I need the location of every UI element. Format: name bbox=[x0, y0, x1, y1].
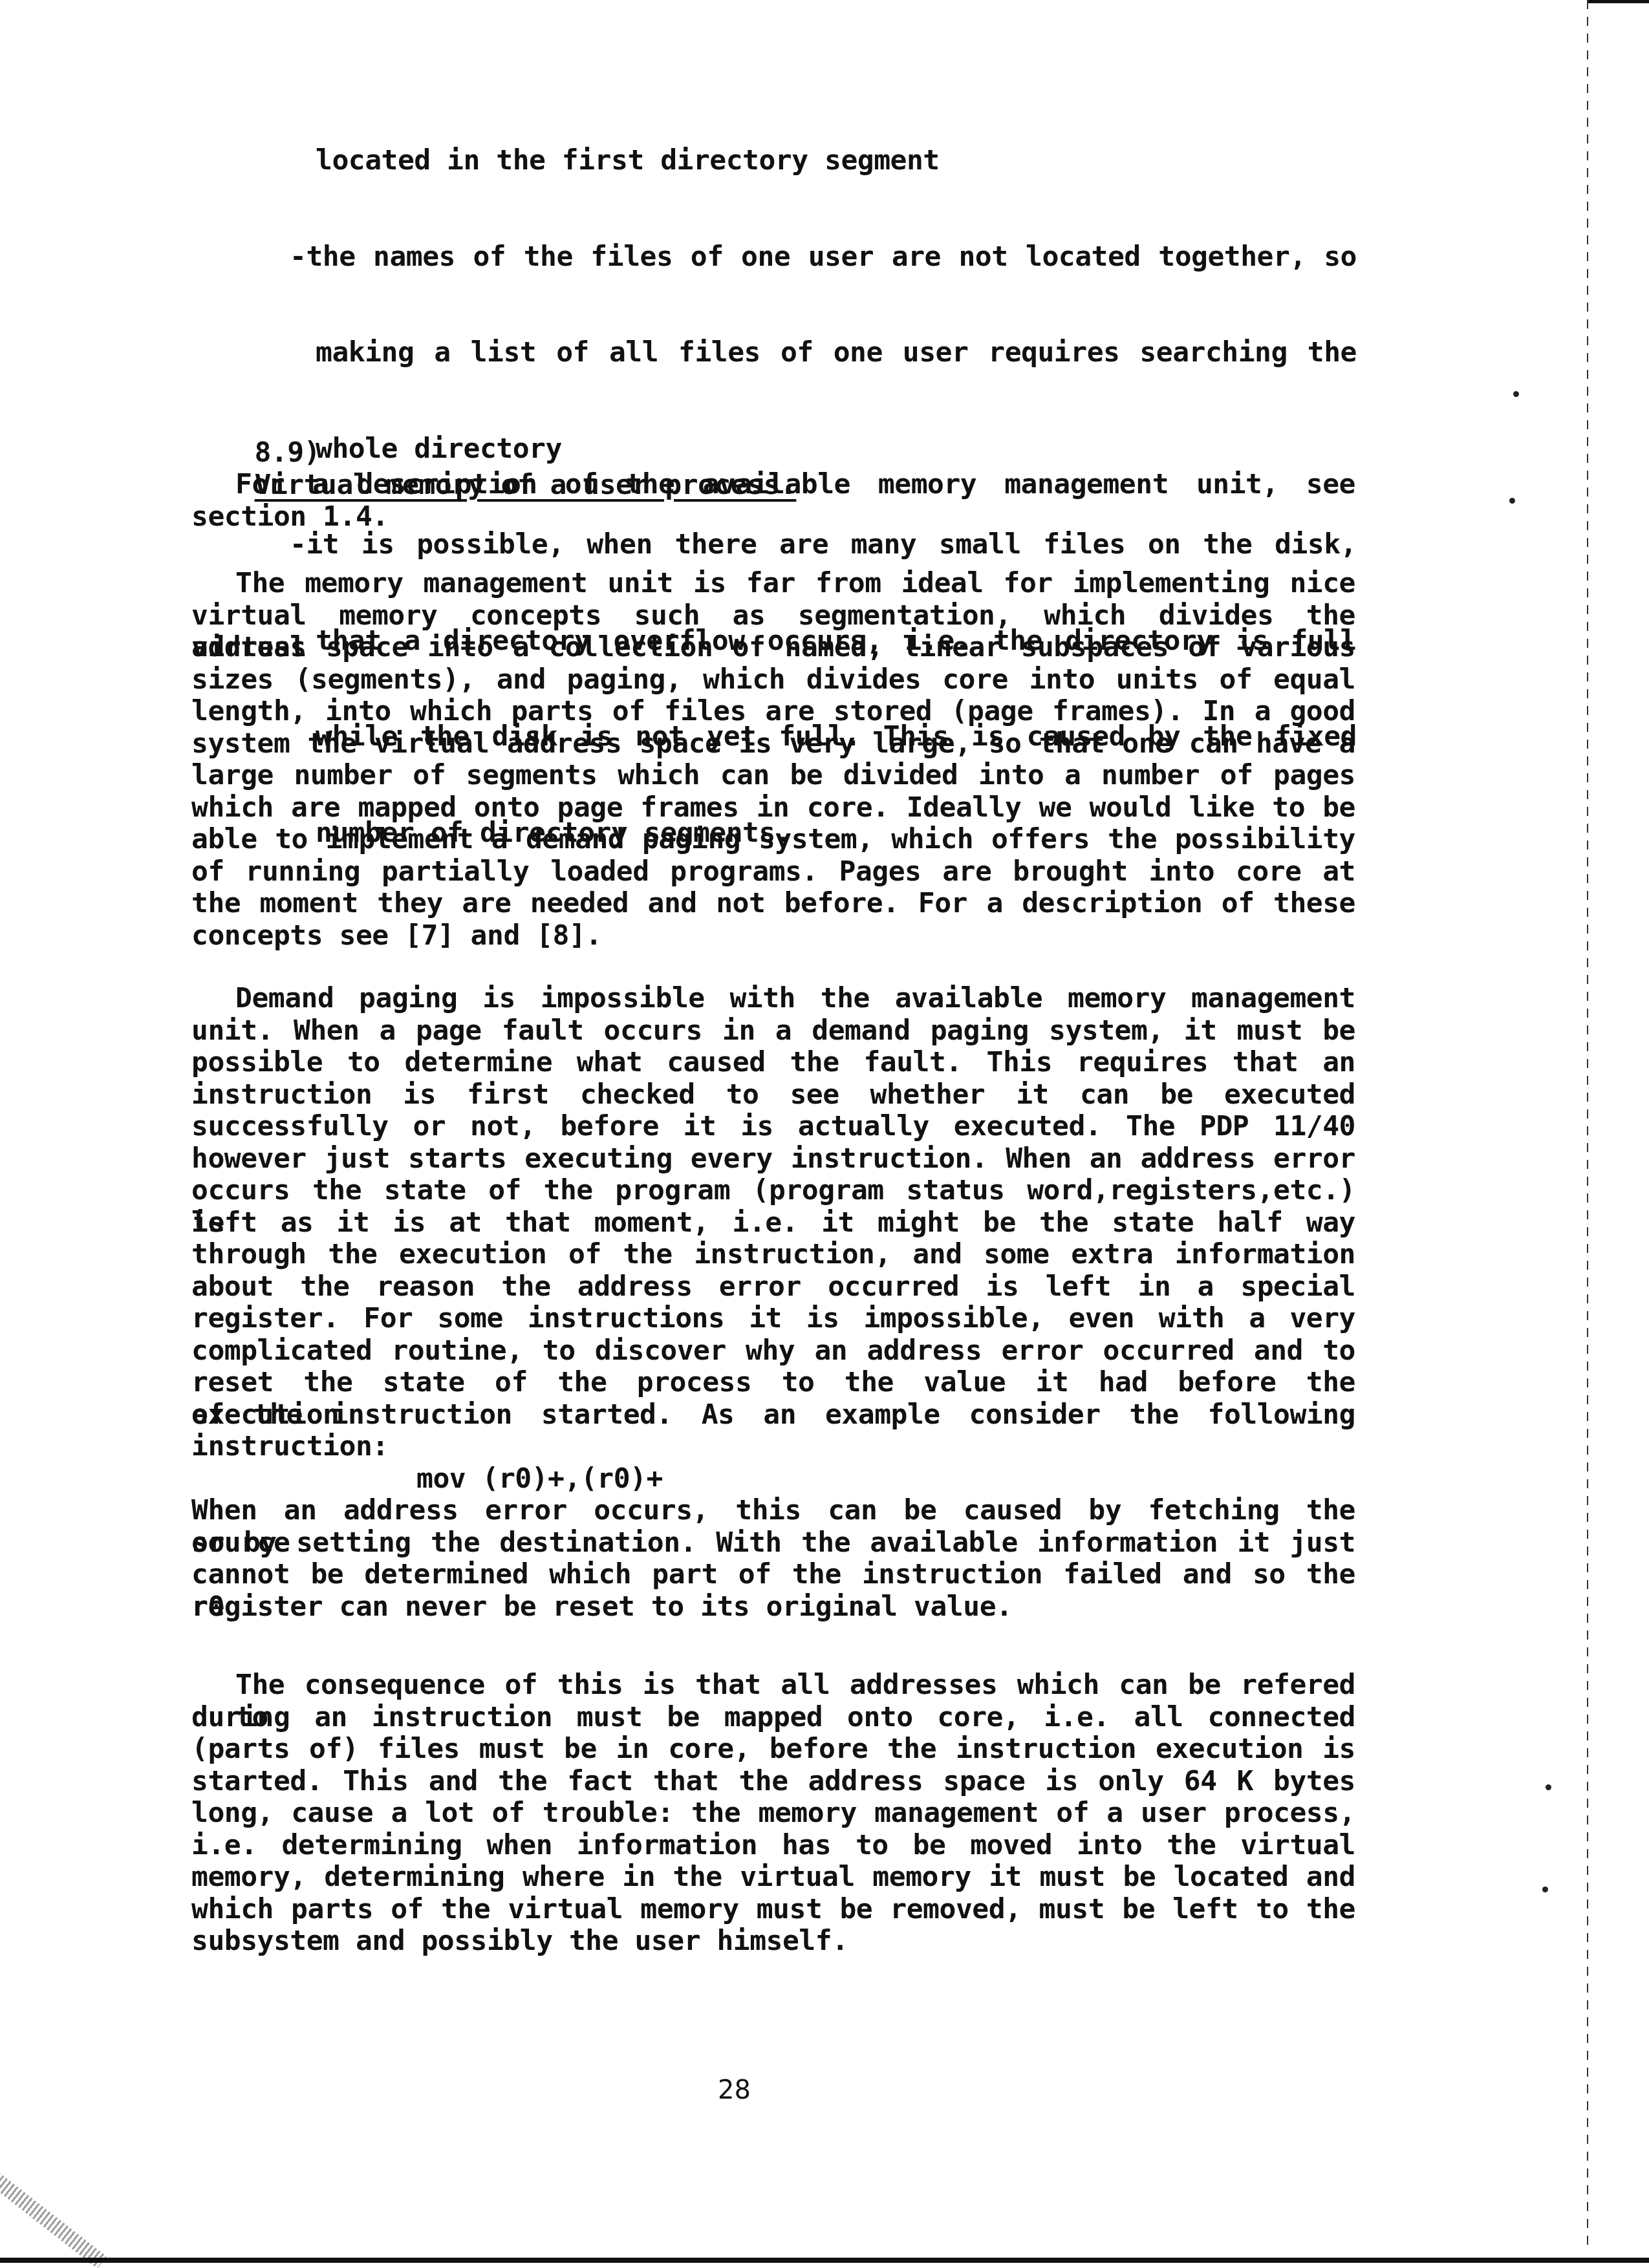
paragraph-line: For a description of the available memor… bbox=[191, 469, 1355, 501]
list-line: located in the first directory segment bbox=[290, 145, 1357, 177]
paragraph-line: left as it is at that moment, i.e. it mi… bbox=[191, 1207, 1355, 1239]
page-number: 28 bbox=[718, 2075, 751, 2105]
paragraph-line: length, into which parts of files are st… bbox=[191, 696, 1355, 728]
paragraph-line: able to implement a demand paging system… bbox=[191, 824, 1355, 856]
paragraph-line: occurs the state of the program (program… bbox=[191, 1175, 1355, 1207]
scanned-page: located in the first directory segment -… bbox=[0, 0, 1649, 2268]
paragraph-line: i.e. determining when information has to… bbox=[191, 1830, 1355, 1862]
paragraph-line: The memory management unit is far from i… bbox=[191, 568, 1355, 600]
paragraph-line: The consequence of this is that all addr… bbox=[191, 1669, 1355, 1702]
scan-edge-bottom bbox=[0, 2258, 1649, 2263]
paragraph-line: virtual memory concepts such as segmenta… bbox=[191, 600, 1355, 632]
section-number: 8.9) bbox=[255, 436, 321, 469]
paragraph-line: system the virtual address space is very… bbox=[191, 728, 1355, 760]
paragraph-line: which parts of the virtual memory must b… bbox=[191, 1894, 1355, 1926]
paragraph-line: the moment they are needed and not befor… bbox=[191, 888, 1355, 920]
paragraph-line: When an address error occurs, this can b… bbox=[191, 1495, 1355, 1527]
paragraph: For a description of the available memor… bbox=[191, 469, 1355, 533]
scan-speck bbox=[1513, 391, 1519, 397]
scan-edge-right bbox=[1587, 0, 1588, 2250]
paragraph-line: however just starts executing every inst… bbox=[191, 1143, 1355, 1175]
paragraph-line: complicated routine, to discover why an … bbox=[191, 1335, 1355, 1367]
paragraph-line: possible to determine what caused the fa… bbox=[191, 1047, 1355, 1079]
paragraph-line: successfully or not, before it is actual… bbox=[191, 1111, 1355, 1143]
paragraph: The consequence of this is that all addr… bbox=[191, 1669, 1355, 1958]
paragraph-line: section 1.4. bbox=[191, 501, 1355, 533]
paragraph-line: which are mapped onto page frames in cor… bbox=[191, 792, 1355, 824]
scan-speck bbox=[1546, 1784, 1551, 1790]
scan-speck bbox=[1509, 498, 1515, 504]
paragraph-line: instruction is first checked to see whet… bbox=[191, 1079, 1355, 1111]
paragraph-line: about the reason the address error occur… bbox=[191, 1271, 1355, 1303]
paragraph-line: (parts of) files must be in core, before… bbox=[191, 1733, 1355, 1766]
paragraph-line: register can never be reset to its origi… bbox=[191, 1591, 1355, 1623]
paragraph: Demand paging is impossible with the ava… bbox=[191, 983, 1355, 1623]
paragraph-line: address space into a collection of named… bbox=[191, 632, 1355, 664]
paragraph-line: unit. When a page fault occurs in a dema… bbox=[191, 1015, 1355, 1047]
list-item-line: -the names of the files of one user are … bbox=[290, 241, 1357, 273]
paragraph-line: register. For some instructions it is im… bbox=[191, 1303, 1355, 1335]
paragraph: The memory management unit is far from i… bbox=[191, 568, 1355, 952]
paragraph-line: during an instruction must be mapped ont… bbox=[191, 1702, 1355, 1734]
paragraph-line: of running partially loaded programs. Pa… bbox=[191, 856, 1355, 888]
scan-speck bbox=[1542, 1887, 1548, 1892]
paragraph-line: of the instruction started. As an exampl… bbox=[191, 1399, 1355, 1431]
paragraph-line: through the execution of the instruction… bbox=[191, 1239, 1355, 1271]
paragraph-line: subsystem and possibly the user himself. bbox=[191, 1925, 1355, 1958]
paragraph-line: sizes (segments), and paging, which divi… bbox=[191, 664, 1355, 696]
list-item-line: making a list of all files of one user r… bbox=[290, 337, 1357, 369]
paragraph-line: instruction: bbox=[191, 1431, 1355, 1463]
paragraph-line: long, cause a lot of trouble: the memory… bbox=[191, 1797, 1355, 1830]
paragraph-line: concepts see [7] and [8]. bbox=[191, 920, 1355, 952]
paragraph-line: reset the state of the process to the va… bbox=[191, 1367, 1355, 1399]
scan-corner-shadow bbox=[0, 2153, 107, 2268]
paragraph-line: Demand paging is impossible with the ava… bbox=[191, 983, 1355, 1015]
paragraph-line: or by setting the destination. With the … bbox=[191, 1527, 1355, 1559]
code-example: mov (r0)+,(r0)+ bbox=[191, 1463, 1355, 1495]
list-item-line: -it is possible, when there are many sma… bbox=[290, 529, 1357, 561]
paragraph-line: cannot be determined which part of the i… bbox=[191, 1559, 1355, 1591]
paragraph-line: started. This and the fact that the addr… bbox=[191, 1766, 1355, 1798]
scan-edge-top bbox=[1588, 0, 1649, 3]
paragraph-line: memory, determining where in the virtual… bbox=[191, 1861, 1355, 1894]
paragraph-line: large number of segments which can be di… bbox=[191, 760, 1355, 792]
